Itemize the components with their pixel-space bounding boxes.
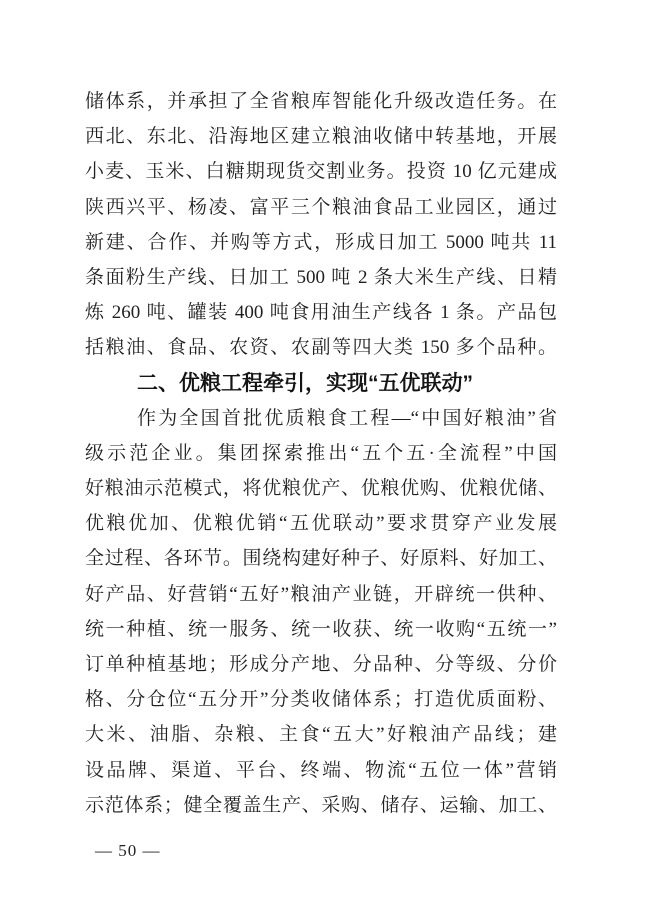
text-line: 优粮优加、优粮优销“五优联动”要求贯穿产业发展: [85, 506, 557, 541]
paragraph-1: 储体系，并承担了全省粮库智能化升级改造任务。在 西北、东北、沿海地区建立粮油收储…: [85, 84, 557, 366]
text-line: 格、分仓位“五分开”分类收储体系；打造优质面粉、: [85, 682, 557, 717]
document-page: 储体系，并承担了全省粮库智能化升级改造任务。在 西北、东北、沿海地区建立粮油收储…: [0, 0, 650, 919]
paragraph-2: 作为全国首批优质粮食工程—“中国好粮油”省 级示范企业。集团探索推出“五个五·全…: [85, 401, 557, 823]
text-line: 设品牌、渠道、平台、终端、物流“五位一体”营销: [85, 753, 557, 788]
text-line: 新建、合作、并购等方式，形成日加工 5000 吨共 11: [85, 225, 557, 260]
text-line: 好粮油示范模式，将优粮优产、优粮优购、优粮优储、: [85, 471, 557, 506]
text-line: 条面粉生产线、日加工 500 吨 2 条大米生产线、日精: [85, 260, 557, 295]
text-line: 大米、油脂、杂粮、主食“五大”好粮油产品线；建: [85, 717, 557, 752]
text-line: 炼 260 吨、罐装 400 吨食用油生产线各 1 条。产品包: [85, 295, 557, 330]
text-line: 储体系，并承担了全省粮库智能化升级改造任务。在: [85, 84, 557, 119]
text-line: 西北、东北、沿海地区建立粮油收储中转基地，开展: [85, 119, 557, 154]
page-content: 储体系，并承担了全省粮库智能化升级改造任务。在 西北、东北、沿海地区建立粮油收储…: [85, 84, 557, 823]
text-line: 作为全国首批优质粮食工程—“中国好粮油”省: [85, 401, 557, 436]
text-line: 小麦、玉米、白糖期现货交割业务。投资 10 亿元建成: [85, 154, 557, 189]
text-line: 陕西兴平、杨凌、富平三个粮油食品工业园区，通过: [85, 190, 557, 225]
text-line: 括粮油、食品、农资、农副等四大类 150 多个品种。: [85, 330, 557, 365]
text-line: 好产品、好营销“五好”粮油产业链，开辟统一供种、: [85, 577, 557, 612]
text-line: 示范体系；健全覆盖生产、采购、储存、运输、加工、: [85, 788, 557, 823]
text-line: 级示范企业。集团探索推出“五个五·全流程”中国: [85, 436, 557, 471]
text-line: 订单种植基地；形成分产地、分品种、分等级、分价: [85, 647, 557, 682]
page-number: — 50 —: [95, 841, 161, 861]
text-line: 统一种植、统一服务、统一收获、统一收购“五统一”: [85, 612, 557, 647]
text-line: 全过程、各环节。围绕构建好种子、好原料、好加工、: [85, 541, 557, 576]
section-heading: 二、优粮工程牵引，实现“五优联动”: [85, 366, 557, 401]
